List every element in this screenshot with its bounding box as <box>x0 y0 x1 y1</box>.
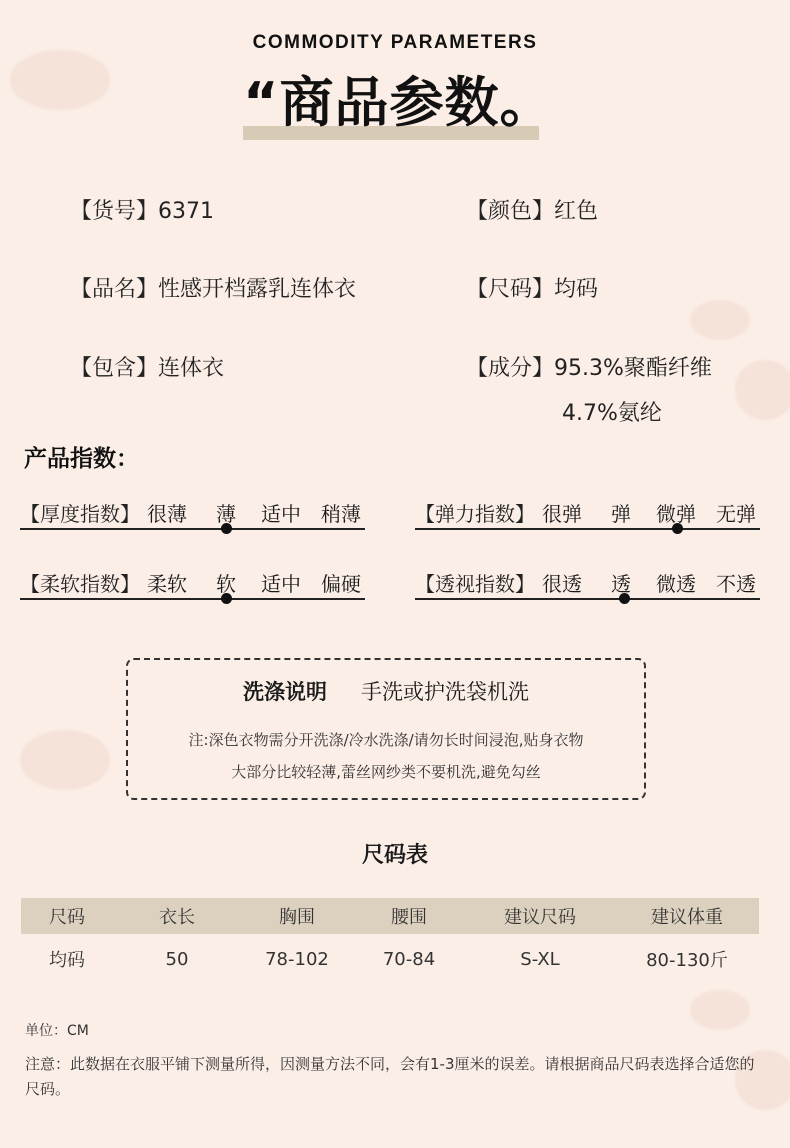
table-cell: S-XL <box>465 934 615 984</box>
table-cell: 70-84 <box>353 934 465 984</box>
param-item-number: 【货号】6371 <box>70 194 214 225</box>
index-scale-line <box>415 528 760 530</box>
param-label: 【颜色】 <box>466 199 554 224</box>
param-value: 连体衣 <box>158 356 224 381</box>
index-marker-dot <box>619 593 630 604</box>
lip-print-decoration <box>690 990 750 1030</box>
washing-note-line1: 注:深色衣物需分开洗涤/冷水洗涤/请勿长时间浸泡,贴身衣物 <box>128 729 644 750</box>
lip-print-decoration <box>10 50 110 110</box>
index-scale-line <box>20 598 365 600</box>
index-option: 不透 <box>716 568 756 597</box>
param-value: 95.3%聚酯纤维 <box>554 356 712 381</box>
column-header: 建议尺码 <box>465 898 615 934</box>
size-chart-table: 尺码 衣长 胸围 腰围 建议尺码 建议体重 均码 50 78-102 70-84… <box>21 898 759 984</box>
table-header-row: 尺码 衣长 胸围 腰围 建议尺码 建议体重 <box>21 898 759 934</box>
index-scale-line <box>20 528 365 530</box>
param-label: 【成分】 <box>466 356 554 381</box>
english-title: COMMODITY PARAMETERS <box>0 32 790 54</box>
index-label: 【厚度指数】 <box>20 498 140 527</box>
index-option: 无弹 <box>716 498 756 527</box>
column-header: 建议体重 <box>615 898 759 934</box>
index-thickness: 【厚度指数】 很薄 薄 适中 稍薄 <box>20 498 365 558</box>
param-value: 均码 <box>554 277 598 302</box>
lip-print-decoration <box>690 300 750 340</box>
column-header: 衣长 <box>113 898 241 934</box>
table-cell: 78-102 <box>241 934 353 984</box>
param-material: 【成分】95.3%聚酯纤维 <box>466 351 712 382</box>
param-value: 6371 <box>158 199 214 224</box>
param-value: 红色 <box>554 199 598 224</box>
column-header: 胸围 <box>241 898 353 934</box>
washing-header: 洗涤说明手洗或护洗袋机洗 <box>128 676 644 706</box>
washing-method: 手洗或护洗袋机洗 <box>361 680 529 704</box>
index-option: 很薄 <box>147 498 187 527</box>
param-value: 性感开档露乳连体衣 <box>158 277 356 302</box>
table-cell: 80-130斤 <box>615 934 759 984</box>
param-includes: 【包含】连体衣 <box>70 351 224 382</box>
lip-print-decoration <box>735 360 790 420</box>
param-material-line2: 4.7%氨纶 <box>562 396 662 427</box>
index-option: 微透 <box>656 568 696 597</box>
index-label: 【弹力指数】 <box>415 498 535 527</box>
index-label: 【透视指数】 <box>415 568 535 597</box>
chinese-title-block: “商品参数。 <box>243 70 539 140</box>
index-option: 适中 <box>261 498 301 527</box>
indices-title: 产品指数： <box>24 440 139 473</box>
index-scale-line <box>415 598 760 600</box>
column-header: 腰围 <box>353 898 465 934</box>
table-cell: 均码 <box>21 934 113 984</box>
param-label: 【包含】 <box>70 356 158 381</box>
index-option: 弹 <box>611 498 631 527</box>
param-value: 4.7%氨纶 <box>562 401 662 426</box>
unit-label: 单位：CM <box>25 1020 89 1040</box>
index-marker-dot <box>672 523 683 534</box>
param-label: 【尺码】 <box>466 277 554 302</box>
size-chart-title: 尺码表 <box>0 838 790 869</box>
lip-print-decoration <box>20 730 110 790</box>
index-label: 【柔软指数】 <box>20 568 140 597</box>
index-option: 稍薄 <box>321 498 361 527</box>
index-marker-dot <box>221 523 232 534</box>
washing-instructions-box: 洗涤说明手洗或护洗袋机洗 注:深色衣物需分开洗涤/冷水洗涤/请勿长时间浸泡,贴身… <box>126 658 646 800</box>
index-option: 偏硬 <box>321 568 361 597</box>
chinese-title: “商品参数。 <box>243 70 555 136</box>
index-option: 适中 <box>261 568 301 597</box>
index-softness: 【柔软指数】 柔软 软 适中 偏硬 <box>20 568 365 628</box>
param-label: 【品名】 <box>70 277 158 302</box>
column-header: 尺码 <box>21 898 113 934</box>
index-elasticity: 【弹力指数】 很弹 弹 微弹 无弹 <box>415 498 760 558</box>
param-color: 【颜色】红色 <box>466 194 598 225</box>
index-option: 很透 <box>542 568 582 597</box>
index-option: 很弹 <box>542 498 582 527</box>
index-marker-dot <box>221 593 232 604</box>
table-row: 均码 50 78-102 70-84 S-XL 80-130斤 <box>21 934 759 984</box>
table-cell: 50 <box>113 934 241 984</box>
washing-title: 洗涤说明 <box>243 680 327 704</box>
index-option: 柔软 <box>147 568 187 597</box>
washing-note-line2: 大部分比较轻薄,蕾丝网纱类不要机洗,避免勾丝 <box>128 761 644 782</box>
param-size: 【尺码】均码 <box>466 272 598 303</box>
index-transparency: 【透视指数】 很透 透 微透 不透 <box>415 568 760 628</box>
param-label: 【货号】 <box>70 199 158 224</box>
measurement-note: 注意：此数据在衣服平铺下测量所得，因测量方法不同，会有1-3厘米的误差。请根据商… <box>25 1052 765 1102</box>
param-product-name: 【品名】性感开档露乳连体衣 <box>70 272 356 303</box>
